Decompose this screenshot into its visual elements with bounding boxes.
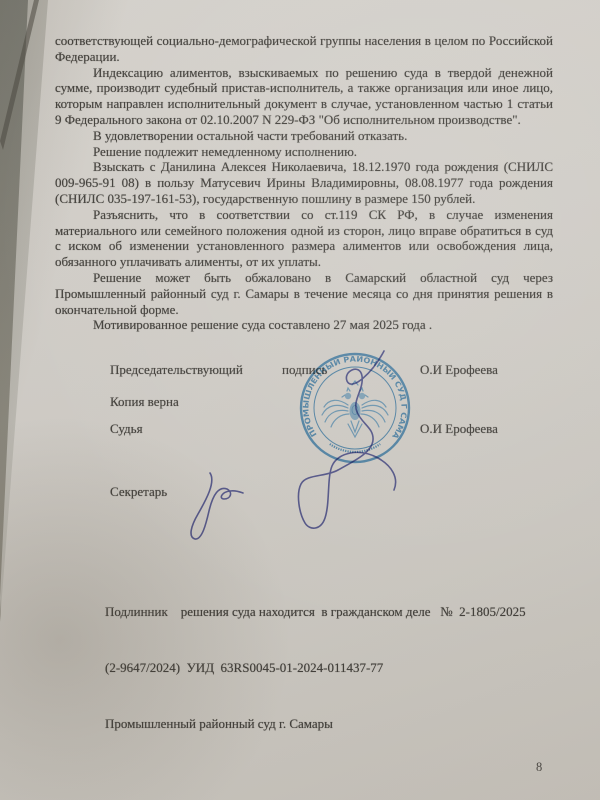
court-name-line: Промышленный районный суд г. Самары	[105, 715, 575, 734]
attestation-row-secretary: Секретарь	[110, 484, 550, 502]
paragraph: Решение подлежит немедленному исполнению…	[55, 144, 553, 160]
presiding-name: О.И Ерофеева	[420, 362, 498, 378]
paragraph: Индексацию алиментов, взыскиваемых по ре…	[55, 65, 553, 128]
judge-name: О.И Ерофеева	[420, 421, 498, 437]
judge-label: Судья	[110, 421, 143, 437]
double-headed-eagle-icon	[322, 381, 388, 437]
photographed-court-document: соответствующей социально-демографическо…	[0, 0, 600, 800]
case-uid-line: (2-9647/2024) УИД 63RS0045-01-2024-01143…	[105, 659, 575, 678]
paragraph: Решение может быть обжаловано в Самарски…	[55, 270, 553, 317]
paragraph: Взыскать с Данилина Алексея Николаевича,…	[55, 159, 553, 206]
case-reference-line: Подлинник решения суда находится в гражд…	[105, 603, 575, 622]
page-number: 8	[536, 760, 542, 775]
case-reference-block: Подлинник решения суда находится в гражд…	[105, 566, 575, 771]
copy-correct-note: Копия верна	[110, 394, 179, 410]
paragraph: В удовлетворении остальной части требова…	[55, 128, 553, 144]
court-stamp-icon: ПРОМЫШЛЕННЫЙ РАЙОННЫЙ СУД Г САМАРЫ	[296, 349, 414, 467]
paragraph: Разъяснить, что в соответствии со ст.119…	[55, 207, 553, 270]
paragraph: соответствующей социально-демографическо…	[55, 33, 553, 65]
decision-text-block: соответствующей социально-демографическо…	[55, 33, 553, 333]
presiding-label: Председательствующий	[110, 362, 243, 378]
paragraph: Мотивированное решение суда составлено 2…	[55, 317, 553, 333]
secretary-label: Секретарь	[110, 484, 167, 500]
